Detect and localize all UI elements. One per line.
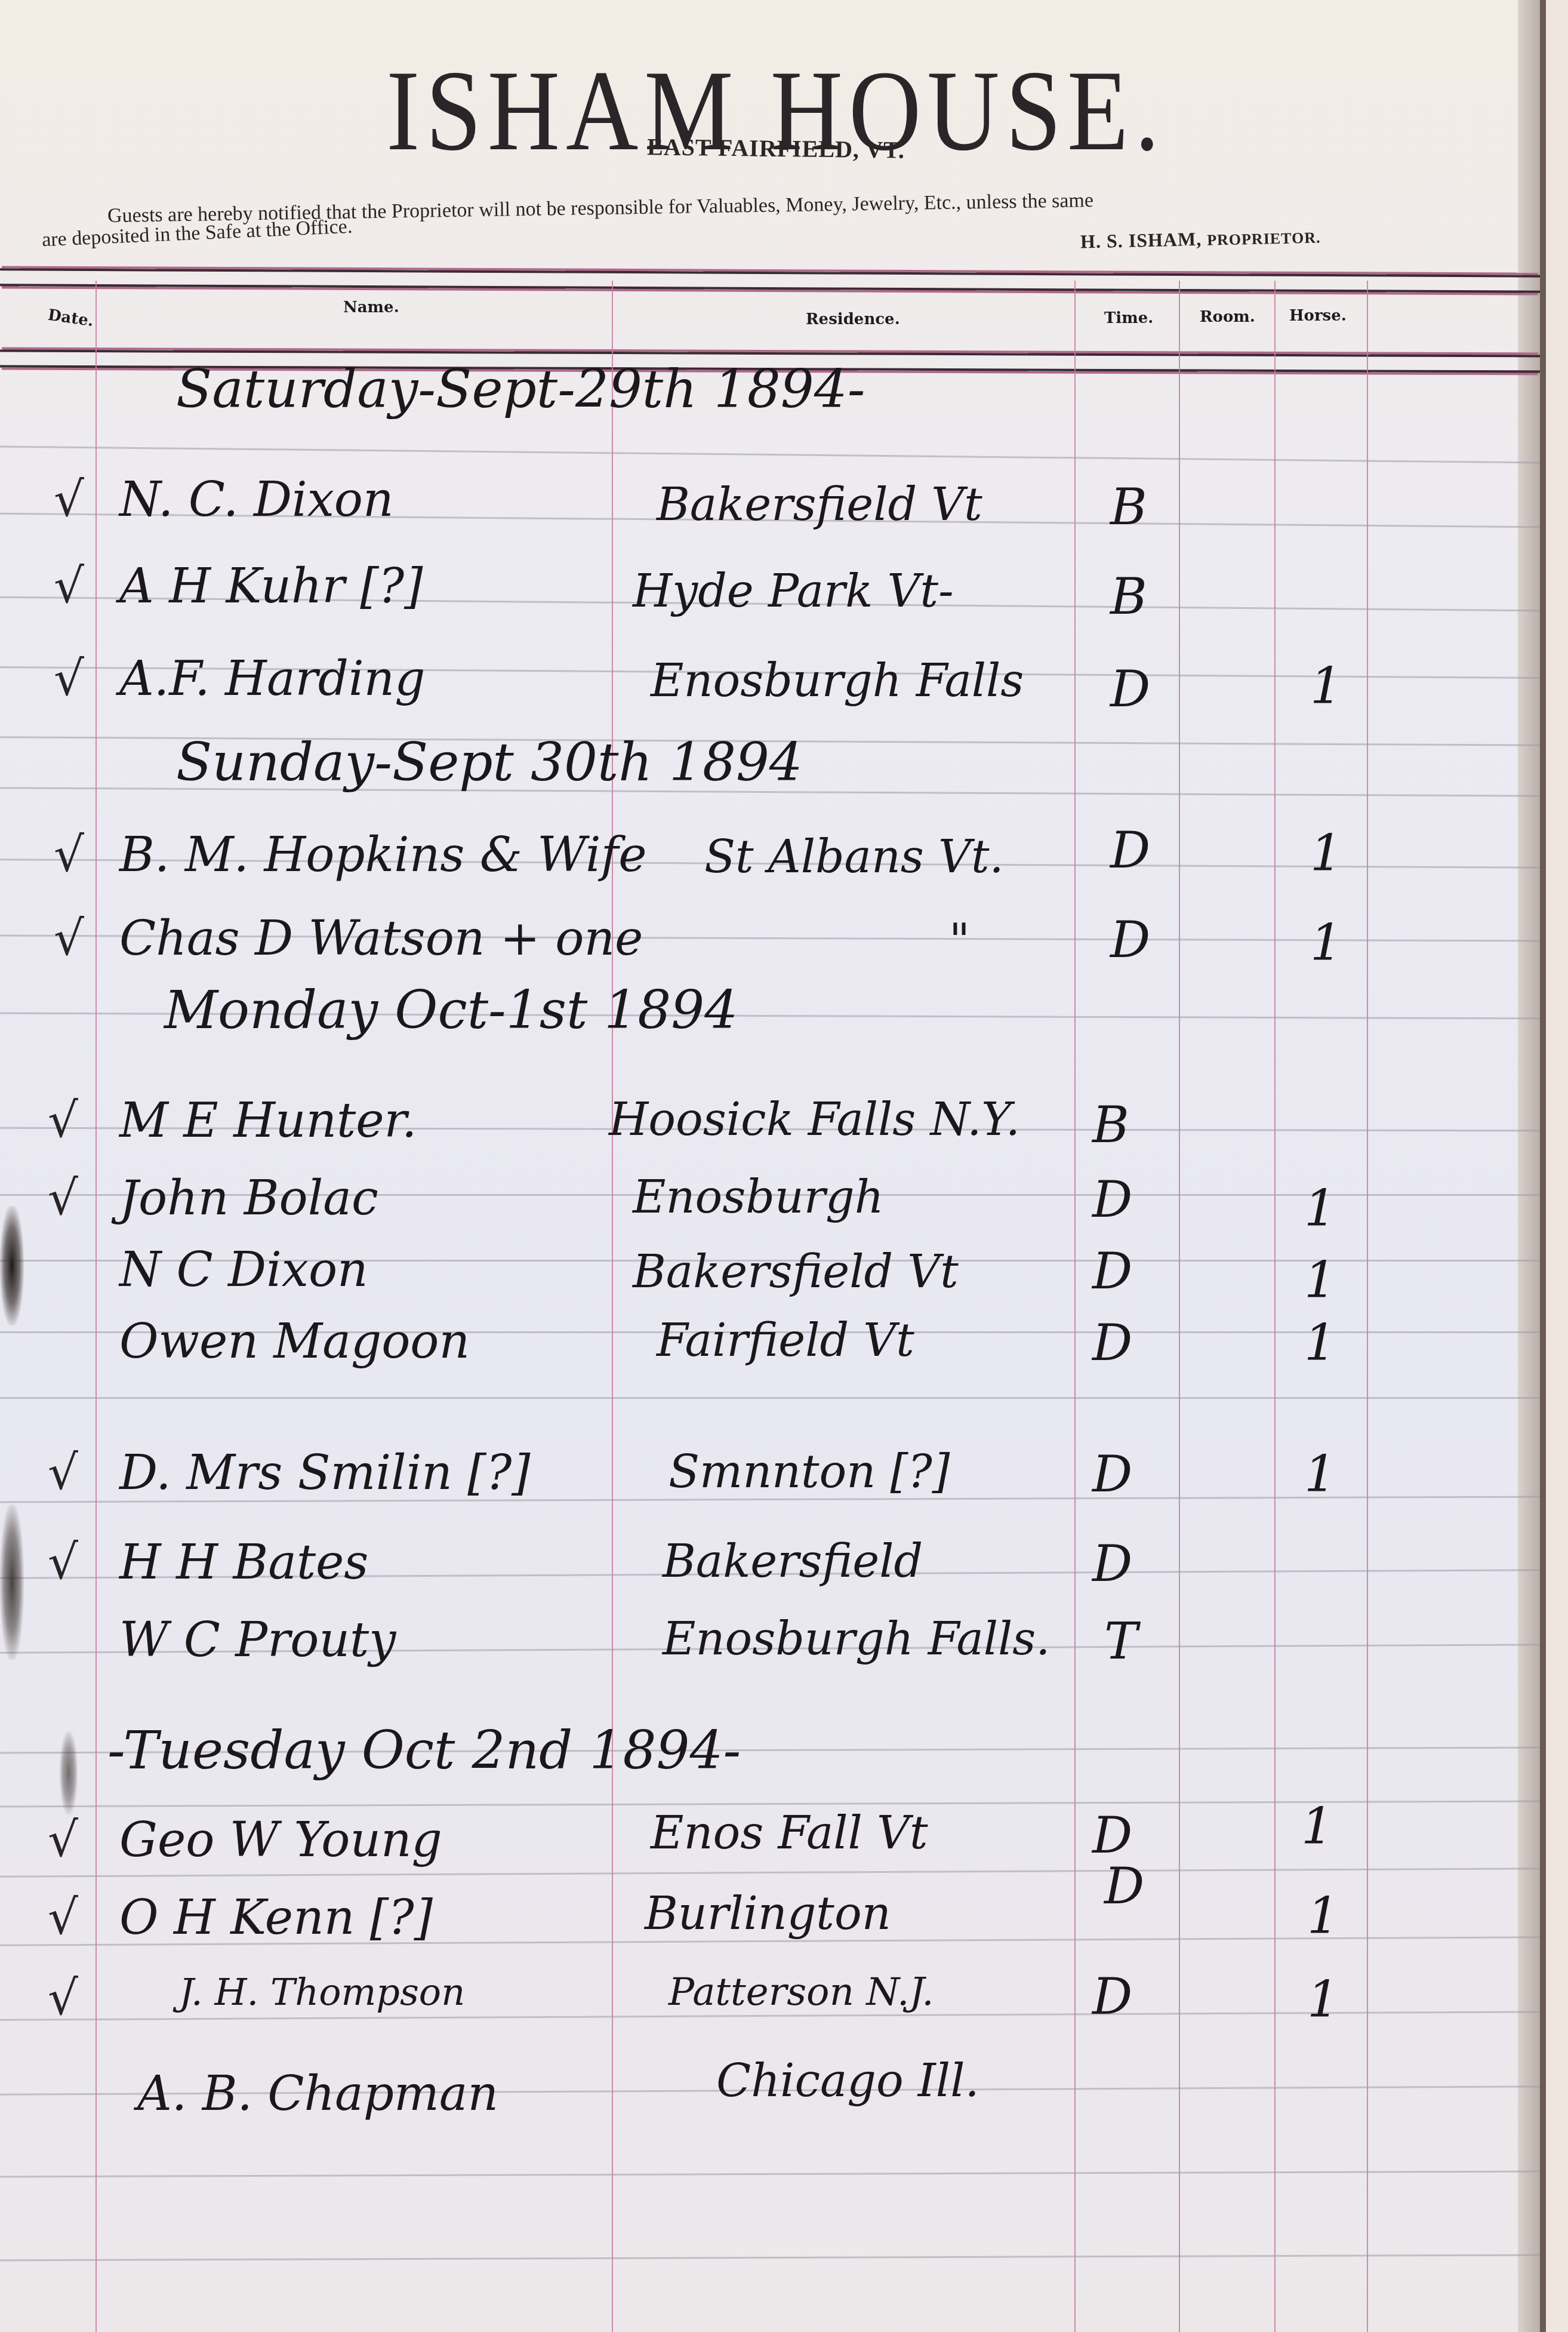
guest-time: D xyxy=(1104,1857,1144,1915)
guest-time: D xyxy=(1092,1534,1132,1593)
day-heading: Sunday-Sept 30th 1894 xyxy=(176,731,803,793)
guest-name: B. M. Hopkins & Wife xyxy=(119,827,647,882)
guest-name: A H Kuhr [?] xyxy=(119,558,423,614)
guest-residence: Bakersfield xyxy=(663,1534,923,1588)
guest-name: N C Dixon xyxy=(119,1242,368,1297)
guest-name: N. C. Dixon xyxy=(119,472,394,527)
guest-residence: Enos Fall Vt xyxy=(651,1806,928,1859)
ruled-line xyxy=(0,1397,1540,1399)
column-divider-date xyxy=(96,281,97,2332)
guest-horse: 1 xyxy=(1310,657,1342,715)
check-mark: √ xyxy=(48,1170,78,1226)
ink-stain xyxy=(60,1731,78,1815)
column-header-time: Time. xyxy=(1104,309,1153,327)
guest-time: D xyxy=(1110,660,1150,718)
ruled-line xyxy=(0,2254,1540,2261)
guest-residence: Hyde Park Vt- xyxy=(633,564,954,617)
guest-time: D xyxy=(1092,1967,1132,2026)
check-mark: √ xyxy=(54,651,84,706)
guest-time: D xyxy=(1092,1313,1132,1372)
guest-name: John Bolac xyxy=(119,1170,378,1226)
guest-horse: 1 xyxy=(1304,1251,1336,1309)
guest-horse: 1 xyxy=(1310,913,1342,972)
guest-horse: 1 xyxy=(1304,1179,1336,1238)
check-mark: √ xyxy=(48,1890,78,1945)
ink-stain xyxy=(0,1206,24,1325)
check-mark: √ xyxy=(54,910,84,966)
guest-time: D xyxy=(1092,1242,1132,1300)
ruled-line xyxy=(0,445,1540,463)
guest-time: B xyxy=(1110,478,1147,536)
check-mark: √ xyxy=(48,1970,78,2026)
check-mark: √ xyxy=(54,558,84,614)
ink-stain xyxy=(0,1505,24,1660)
guest-name: H H Bates xyxy=(119,1534,368,1590)
guest-horse: 1 xyxy=(1304,1313,1336,1372)
column-divider-name xyxy=(612,281,613,2332)
column-divider-time xyxy=(1179,281,1180,2332)
guest-residence: Chicago Ill. xyxy=(716,2054,979,2107)
guest-residence: Patterson N.J. xyxy=(669,1970,934,2014)
day-heading: -Tuesday Oct 2nd 1894- xyxy=(107,1719,741,1781)
guest-horse: 1 xyxy=(1304,1445,1336,1503)
guest-name: A.F. Harding xyxy=(119,651,425,706)
hotel-location: EAST FAIRFIELD, VT. xyxy=(567,132,985,165)
guest-horse: 1 xyxy=(1307,1970,1339,2029)
column-header-residence: Residence. xyxy=(806,310,900,328)
guest-residence: Bakersfield Vt xyxy=(657,478,982,531)
guest-horse: 1 xyxy=(1301,1797,1333,1856)
guest-name: Owen Magoon xyxy=(119,1313,470,1369)
guest-time: D xyxy=(1110,821,1150,879)
guest-residence: Bakersfield Vt xyxy=(633,1245,959,1298)
guest-name: Chas D Watson + one xyxy=(119,910,643,966)
guest-horse: 1 xyxy=(1310,824,1342,882)
guest-name: D. Mrs Smilin [?] xyxy=(119,1445,530,1500)
guest-time: D xyxy=(1110,910,1150,969)
column-header-date: Date. xyxy=(47,306,94,330)
guest-residence: Enosburgh Falls xyxy=(651,654,1024,707)
guest-residence: Enosburgh Falls. xyxy=(663,1612,1051,1665)
guest-horse: 1 xyxy=(1307,1887,1339,1945)
proprietor-name: H. S. ISHAM, xyxy=(1080,228,1202,253)
column-divider-horse xyxy=(1367,281,1368,2332)
check-mark: √ xyxy=(48,1445,78,1500)
guest-name: O H Kenn [?] xyxy=(119,1890,433,1945)
guest-residence: Fairfield Vt xyxy=(657,1313,914,1367)
guest-name: J. H. Thompson xyxy=(179,1970,465,2014)
guest-time: B xyxy=(1110,567,1147,626)
column-header-row: Date. Name. Residence. Time. Room. Horse… xyxy=(0,287,1546,352)
register-page: ISHAM HOUSE. EAST FAIRFIELD, VT. Guests … xyxy=(0,0,1546,2332)
guest-time: D xyxy=(1092,1170,1132,1229)
column-header-room: Room. xyxy=(1200,308,1255,326)
guest-residence: St Albans Vt. xyxy=(704,830,1004,883)
guest-name: Geo W Young xyxy=(119,1812,442,1868)
column-divider-residence xyxy=(1074,281,1076,2332)
check-mark: √ xyxy=(48,1093,78,1148)
guest-name: W C Prouty xyxy=(119,1612,396,1668)
ruled-line xyxy=(0,2170,1540,2177)
check-mark: √ xyxy=(48,1534,78,1590)
column-header-name: Name. xyxy=(343,299,399,316)
guest-time: D xyxy=(1092,1445,1132,1503)
guest-residence: Burlington xyxy=(645,1887,891,1940)
guest-residence: Smnnton [?] xyxy=(669,1445,950,1498)
masthead: ISHAM HOUSE. EAST FAIRFIELD, VT. Guests … xyxy=(0,0,1546,263)
column-divider-room xyxy=(1274,281,1276,2332)
proprietor-signature: H. S. ISHAM, PROPRIETOR. xyxy=(1080,225,1321,253)
day-heading: Saturday-Sept-29th 1894- xyxy=(176,358,865,420)
guest-residence: " xyxy=(949,913,970,967)
guest-residence: Enosburgh xyxy=(633,1170,884,1223)
ruled-line xyxy=(0,1868,1540,1878)
guest-residence: Hoosick Falls N.Y. xyxy=(609,1093,1020,1146)
guest-time: B xyxy=(1092,1096,1129,1154)
guest-time: D xyxy=(1092,1806,1132,1865)
column-header-horse: Horse. xyxy=(1289,307,1347,325)
day-heading: Monday Oct-1st 1894 xyxy=(164,979,738,1041)
guest-name: M E Hunter. xyxy=(119,1093,417,1148)
proprietor-title: PROPRIETOR. xyxy=(1207,229,1321,248)
check-mark: √ xyxy=(54,472,84,527)
check-mark: √ xyxy=(48,1812,78,1868)
guest-name: A. B. Chapman xyxy=(137,2066,498,2121)
guest-time: T xyxy=(1104,1612,1138,1670)
check-mark: √ xyxy=(54,827,84,882)
